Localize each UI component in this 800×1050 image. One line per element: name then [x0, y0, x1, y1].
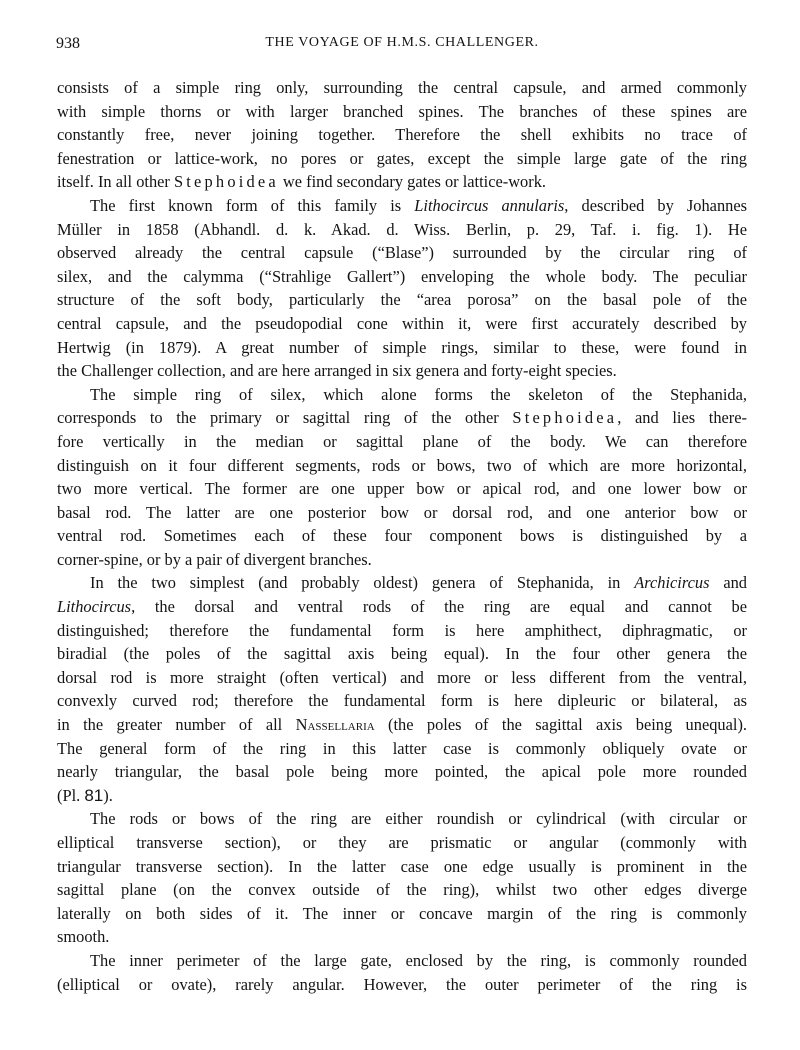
text-line: In the two simplest (and probably oldest…: [57, 571, 747, 595]
spaced-term: Stephoidea: [512, 408, 617, 427]
text-line: two more vertical. The former are one up…: [57, 477, 747, 501]
text-line: laterally on both sides of it. The inner…: [57, 902, 747, 926]
running-title: THE VOYAGE OF H.M.S. CHALLENGER.: [57, 35, 747, 51]
text-line: corner-spine, or by a pair of divergent …: [57, 548, 747, 572]
paragraph: The inner perimeter of the large gate, e…: [57, 949, 747, 996]
text-line: Hertwig (in 1879). A great number of sim…: [57, 336, 747, 360]
paragraph: The rods or bows of the ring are either …: [57, 807, 747, 949]
text-line: with simple thorns or with larger branch…: [57, 100, 747, 124]
text-line: the Challenger collection, and are here …: [57, 359, 747, 383]
paragraph: In the two simplest (and probably oldest…: [57, 571, 747, 807]
text-line: basal rod. The latter are one posterior …: [57, 501, 747, 525]
text-line: The first known form of this family is L…: [57, 194, 747, 218]
text-line: corresponds to the primary or sagittal r…: [57, 406, 747, 430]
text-line: silex, and the calymma (“Strahlige Galle…: [57, 265, 747, 289]
italic-taxon: Lithocircus: [57, 597, 131, 616]
text-line: fore vertically in the median or sagitta…: [57, 430, 747, 454]
text-line: ventral rod. Sometimes each of these fou…: [57, 524, 747, 548]
spaced-term: Stephoidea: [174, 172, 279, 191]
text-line: Müller in 1858 (Abhandl. d. k. Akad. d. …: [57, 218, 747, 242]
paragraph: The first known form of this family is L…: [57, 194, 747, 383]
text-line: The inner perimeter of the large gate, e…: [57, 949, 747, 973]
text-line: (elliptical or ovate), rarely angular. H…: [57, 973, 747, 997]
text-line: consists of a simple ring only, surround…: [57, 76, 747, 100]
italic-taxon: Archicircus: [634, 573, 709, 592]
text-line: biradial (the poles of the sagittal axis…: [57, 642, 747, 666]
text-line: The rods or bows of the ring are either …: [57, 807, 747, 831]
text-line: (Pl. 81).: [57, 784, 747, 808]
text-line: Lithocircus, the dorsal and ventral rods…: [57, 595, 747, 619]
text-line: triangular transverse section). In the l…: [57, 855, 747, 879]
text-line: dorsal rod is more straight (often verti…: [57, 666, 747, 690]
text-line: The simple ring of silex, which alone fo…: [57, 383, 747, 407]
text-line: smooth.: [57, 925, 747, 949]
text-line: distinguish on it four different segment…: [57, 454, 747, 478]
smallcaps-term: Nassellaria: [296, 715, 375, 734]
text-line: in the greater number of all Nassellaria…: [57, 713, 747, 737]
paragraph: The simple ring of silex, which alone fo…: [57, 383, 747, 572]
text-line: structure of the soft body, particularly…: [57, 288, 747, 312]
text-line: elliptical transverse section), or they …: [57, 831, 747, 855]
text-line: The general form of the ring in this lat…: [57, 737, 747, 761]
text-line: sagittal plane (on the convex outside of…: [57, 878, 747, 902]
body-text: consists of a simple ring only, surround…: [57, 76, 747, 996]
text-line: central capsule, and the pseudopodial co…: [57, 312, 747, 336]
text-line: observed already the central capsule (“B…: [57, 241, 747, 265]
running-head: 938 THE VOYAGE OF H.M.S. CHALLENGER.: [57, 35, 747, 57]
text-line: distinguished; therefore the fundamental…: [57, 619, 747, 643]
paragraph: consists of a simple ring only, surround…: [57, 76, 747, 194]
text-line: nearly triangular, the basal pole being …: [57, 760, 747, 784]
plate-number: 81: [84, 786, 103, 805]
italic-taxon: Lithocircus annularis: [414, 196, 564, 215]
text-line: itself. In all other Stephoidea we find …: [57, 170, 747, 194]
text-line: convexly curved rod; therefore the funda…: [57, 689, 747, 713]
text-line: fenestration or lattice-work, no pores o…: [57, 147, 747, 171]
text-line: constantly free, never joining together.…: [57, 123, 747, 147]
